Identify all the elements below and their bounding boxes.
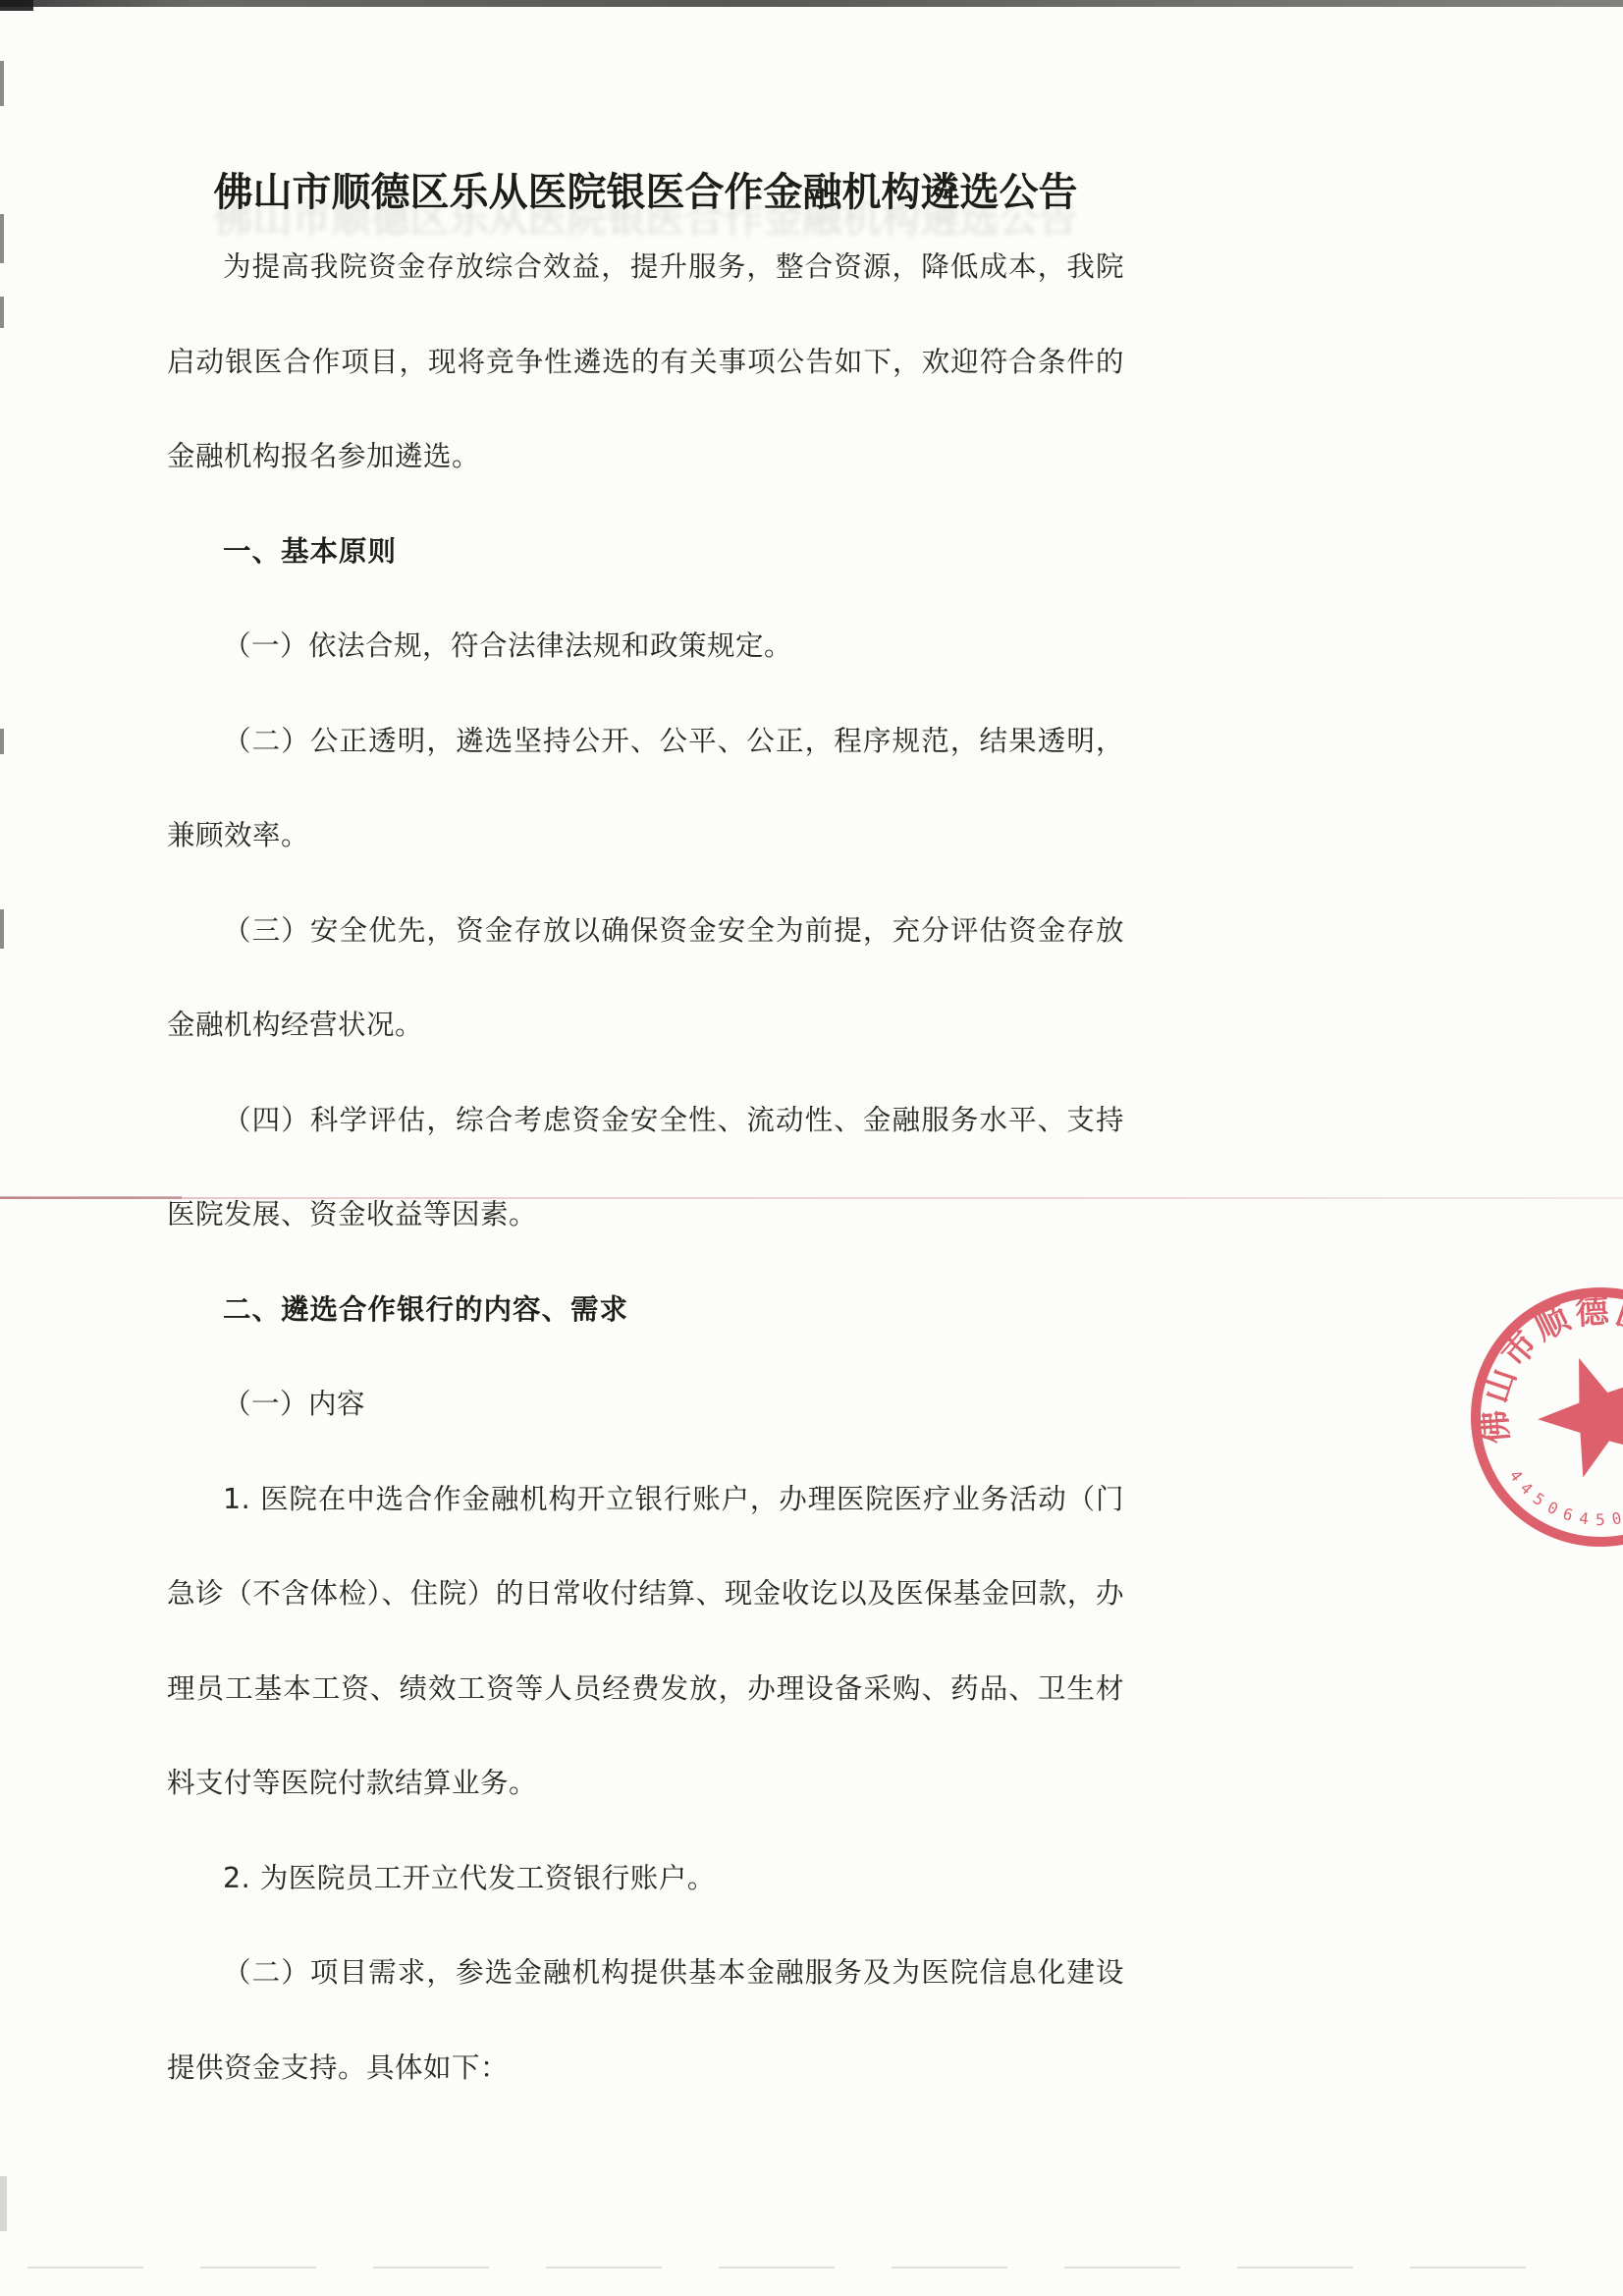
- document-body: 为提高我院资金存放综合效益，提升服务，整合资源，降低成本，我院启动银医合作项目，…: [167, 220, 1124, 2115]
- paragraph: （二）公正透明，遴选坚持公开、公平、公正，程序规范，结果透明，兼顾效率。: [167, 694, 1124, 884]
- scanner-edge-top: [0, 0, 1623, 7]
- section-heading: 一、基本原则: [167, 505, 1124, 600]
- paragraph: （三）安全优先，资金存放以确保资金安全为前提，充分评估资金存放金融机构经营状况。: [167, 884, 1124, 1073]
- document-content: 佛山市顺德区乐从医院银医合作金融机构遴选公告 为提高我院资金存放综合效益，提升服…: [167, 145, 1124, 2115]
- paragraph: （四）科学评估，综合考虑资金安全性、流动性、金融服务水平、支持医院发展、资金收益…: [167, 1073, 1124, 1263]
- scan-edge-mark: [0, 2176, 7, 2231]
- scan-edge-mark: [0, 909, 4, 949]
- scan-bottom-streak: [27, 2267, 1530, 2269]
- paragraph: （一）内容: [167, 1357, 1124, 1452]
- paragraph: （二）项目需求，参选金融机构提供基本金融服务及为医院信息化建设提供资金支持。具体…: [167, 1926, 1124, 2115]
- official-seal: 佛山市顺德区乐从医院 4450645090: [1434, 1250, 1623, 1584]
- paragraph: 2. 为医院员工开立代发工资银行账户。: [167, 1831, 1124, 1927]
- seal-star-icon: [1538, 1358, 1623, 1478]
- scanned-document-page: 佛山市顺德区乐从医院银医合作金融机构遴选公告 为提高我院资金存放综合效益，提升服…: [0, 0, 1623, 2296]
- scan-edge-mark: [0, 297, 4, 328]
- scanner-edge-top-left: [0, 0, 33, 11]
- paragraph: 1. 医院在中选合作金融机构开立银行账户，办理医院医疗业务活动（门急诊（不含体检…: [167, 1452, 1124, 1831]
- scan-edge-mark: [0, 729, 4, 754]
- paragraph: 为提高我院资金存放综合效益，提升服务，整合资源，降低成本，我院启动银医合作项目，…: [167, 220, 1124, 505]
- section-heading: 二、遴选合作银行的内容、需求: [167, 1263, 1124, 1358]
- scan-edge-mark: [0, 61, 4, 106]
- paragraph: （一）依法合规，符合法律法规和政策规定。: [167, 599, 1124, 694]
- scan-fold-line-edge: [0, 1196, 182, 1199]
- scan-edge-mark: [0, 214, 4, 263]
